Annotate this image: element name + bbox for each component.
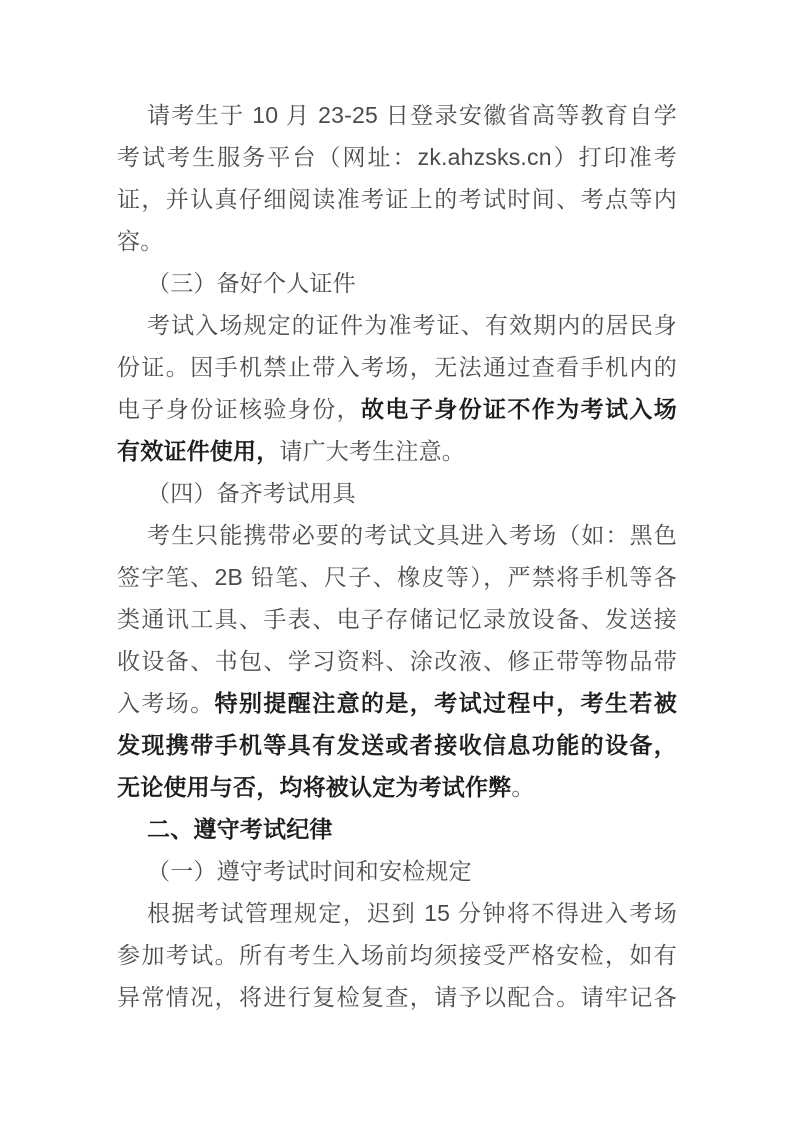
text-segment: 参加考试。所有考生入场前均须接受严格安检，如有 [117,942,677,968]
text-line: 份证。因手机禁止带入考场，无法通过查看手机内的 [117,346,677,388]
text-line: 容。 [117,220,677,262]
text-line: 类通讯工具、手表、电子存储记忆录放设备、发送接 [117,598,677,640]
text-segment: 容。 [117,228,163,254]
text-segment-bold: 无论使用与否，均将被认定为考试作弊 [117,774,511,800]
text-segment: 请广大考生注意。 [279,438,465,464]
text-line: 发现携带手机等具有发送或者接收信息功能的设备， [117,724,677,766]
text-segment-bold: 特别提醒注意的是，考试过程中，考生若被 [215,690,677,716]
text-segment: 收设备、书包、学习资料、涂改液、修正带等物品带 [117,648,677,674]
text-segment: 。 [511,774,534,800]
text-segment-bold: 故电子身份证不作为考试入场 [361,396,677,422]
text-segment: （一）遵守考试时间和安检规定 [147,858,472,884]
text-segment: 异常情况，将进行复检复查，请予以配合。请牢记各 [117,984,677,1010]
text-segment-bold: 发现携带手机等具有发送或者接收信息功能的设备， [117,732,677,758]
text-line: 签字笔、2B 铅笔、尺子、橡皮等），严禁将手机等各 [117,556,677,598]
text-segment: 类通讯工具、手表、电子存储记忆录放设备、发送接 [117,606,677,632]
text-line: 入考场。特别提醒注意的是，考试过程中，考生若被 [117,682,677,724]
text-line: 有效证件使用，请广大考生注意。 [117,430,677,472]
text-line: 电子身份证核验身份，故电子身份证不作为考试入场 [117,388,677,430]
text-line: 考试考生服务平台（网址：zk.ahzsks.cn）打印准考 [117,136,677,178]
text-segment: 签字笔、2B 铅笔、尺子、橡皮等），严禁将手机等各 [117,564,677,590]
section-heading: 二、遵守考试纪律 [117,808,677,850]
text-segment-bold: 有效证件使用， [117,438,279,464]
text-line: 请考生于 10 月 23-25 日登录安徽省高等教育自学 [117,94,677,136]
subsection-heading: （三）备好个人证件 [117,262,677,304]
text-segment: 请考生于 10 月 23-25 日登录安徽省高等教育自学 [147,102,677,128]
text-line: 根据考试管理规定，迟到 15 分钟将不得进入考场 [117,892,677,934]
text-line: 收设备、书包、学习资料、涂改液、修正带等物品带 [117,640,677,682]
text-block: 请考生于 10 月 23-25 日登录安徽省高等教育自学 考试考生服务平台（网址… [117,94,677,1018]
subsection-heading: （四）备齐考试用具 [117,472,677,514]
text-segment: 份证。因手机禁止带入考场，无法通过查看手机内的 [117,354,677,380]
text-segment: 入考场。 [117,690,215,716]
text-segment: 电子身份证核验身份， [117,396,361,422]
text-segment-bold: 二、遵守考试纪律 [147,816,333,842]
subsection-heading: （一）遵守考试时间和安检规定 [117,850,677,892]
text-segment: （三）备好个人证件 [147,270,356,296]
text-segment: 证，并认真仔细阅读准考证上的考试时间、考点等内 [117,186,677,212]
text-line: 考生只能携带必要的考试文具进入考场（如：黑色 [117,514,677,556]
document-page: 请考生于 10 月 23-25 日登录安徽省高等教育自学 考试考生服务平台（网址… [0,0,793,1122]
text-line: 异常情况，将进行复检复查，请予以配合。请牢记各 [117,976,677,1018]
text-segment: 考试考生服务平台（网址：zk.ahzsks.cn）打印准考 [117,144,677,170]
text-segment: 根据考试管理规定，迟到 15 分钟将不得进入考场 [147,900,677,926]
text-segment: （四）备齐考试用具 [147,480,356,506]
text-segment: 考试入场规定的证件为准考证、有效期内的居民身 [147,312,677,338]
text-line: 参加考试。所有考生入场前均须接受严格安检，如有 [117,934,677,976]
text-line: 证，并认真仔细阅读准考证上的考试时间、考点等内 [117,178,677,220]
text-line: 无论使用与否，均将被认定为考试作弊。 [117,766,677,808]
text-segment: 考生只能携带必要的考试文具进入考场（如：黑色 [147,522,677,548]
text-line: 考试入场规定的证件为准考证、有效期内的居民身 [117,304,677,346]
